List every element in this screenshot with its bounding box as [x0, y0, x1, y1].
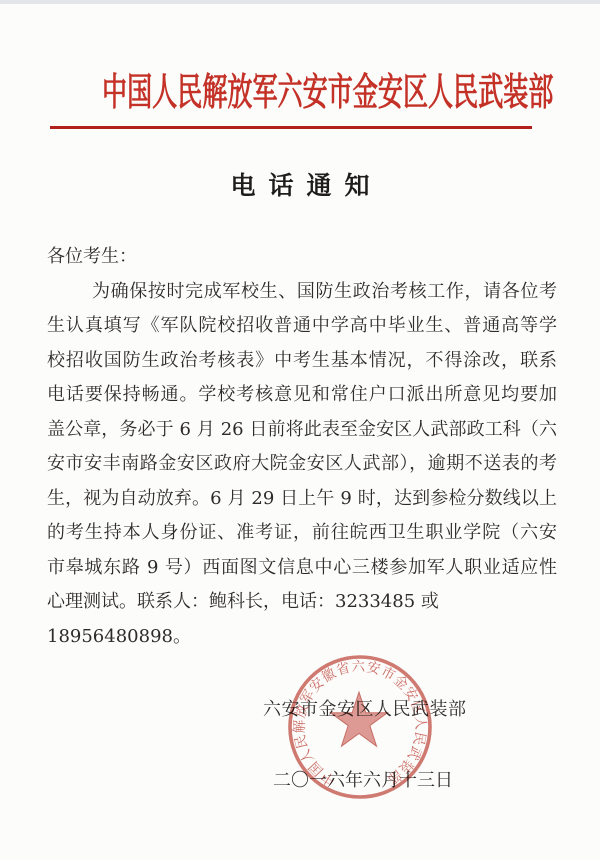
- salutation: 各位考生：: [47, 240, 557, 275]
- body-paragraph: 各位考生： 为确保按时完成军校生、国防生政治考核工作，请各位考 生认真填写《军队…: [47, 240, 557, 620]
- body-line: 生，视为自动放弃。6 月 29 日上午 9 时，达到参检分数线以上: [47, 482, 557, 517]
- body-line: 为确保按时完成军校生、国防生政治考核工作，请各位考: [47, 275, 557, 310]
- body-line: 校招收国防生政治考核表》中考生基本情况，不得涂改，联系: [47, 344, 557, 379]
- body-line: 电话要保持畅通。学校考核意见和常住户口派出所意见均要加: [47, 378, 557, 413]
- body-line: 市皋城东路 9 号）西面图文信息中心三楼参加军人职业适应性: [47, 551, 557, 586]
- body-line: 的考生持本人身份证、准考证，前往皖西卫生职业学院（六安: [47, 516, 557, 551]
- letterhead-title: 中国人民解放军六安市金安区人民武装部: [102, 70, 498, 116]
- scan-edge-shadow: [0, 0, 600, 4]
- body-line: 盖公章，务必于 6 月 26 日前将此表至金安区人武部政工科（六: [47, 413, 557, 448]
- official-seal-stamp: 中国人民解放军安徽省六安市金安区人民武装部: [275, 642, 445, 812]
- letterhead-divider: [50, 126, 532, 129]
- document-title: 电话通知: [0, 166, 600, 202]
- body-line: 生认真填写《军队院校招收普通中学高中毕业生、普通高等学: [47, 309, 557, 344]
- body-line: 心理测试。联系人：鲍科长，电话：3233485 或 18956480898。: [47, 585, 557, 620]
- body-line: 安市安丰南路金安区政府大院金安区人武部），逾期不送表的考: [47, 447, 557, 482]
- seal-star-icon: [331, 692, 388, 746]
- document-page: 中国人民解放军六安市金安区人民武装部 电话通知 各位考生： 为确保按时完成军校生…: [0, 0, 600, 860]
